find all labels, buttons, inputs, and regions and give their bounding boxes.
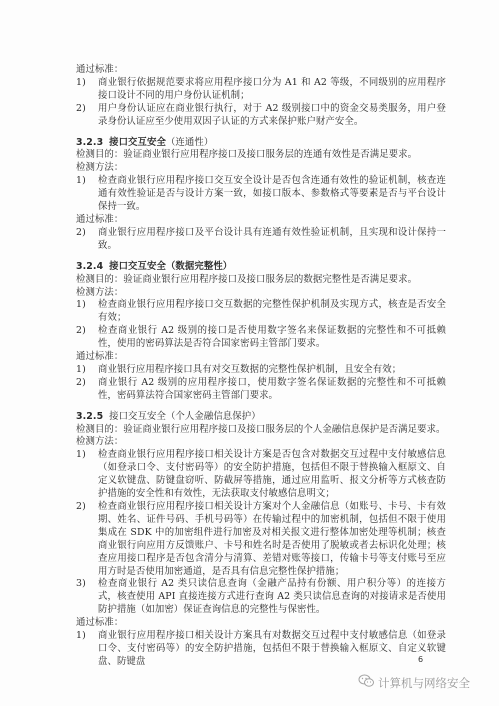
- criteria-label: 通过标准：: [76, 64, 446, 77]
- item-number: 2): [76, 377, 86, 390]
- method-label: 检测方法：: [76, 436, 446, 449]
- section-heading: 3.2.5 接口交互安全（个人金融信息保护）: [76, 411, 446, 424]
- purpose-text: 检测目的：验证商业银行应用程序接口及接口服务层的个人金融信息保护是否满足要求。: [76, 424, 446, 437]
- section-title-paren: （连通性）: [166, 137, 213, 148]
- section-heading: 3.2.4 接口交互安全（数据完整性）: [76, 261, 446, 274]
- item-text: 检查商业银行应用程序接口交互数据的完整性保护机制及实现方式，核查是否安全有效；: [98, 299, 446, 325]
- item-text: 检查商业银行 A2 级别的接口是否使用数字签名来保证数据的完整性和不可抵赖性，使…: [98, 325, 446, 351]
- document-page: 通过标准： 1) 商业银行依据规范要求将应用程序接口分为 A1 和 A2 等级，…: [0, 0, 499, 706]
- list-item: 1) 商业银行应用程序接口具有对交互数据的完整性保护机制，且安全有效；: [76, 364, 446, 377]
- item-text: 商业银行 A2 级别的应用程序接口，使用数字签名保证数据的完整性和不可抵赖性，密…: [98, 377, 446, 403]
- list-item: 1) 检查商业银行应用程序接口交互安全设计是否包含连通有效性的验证机制，核查连通…: [76, 175, 446, 214]
- item-number: 1): [76, 175, 86, 188]
- item-text: 检查商业银行应用程序接口相关设计方案是否包含对数据交互过程中支付敏感信息（如登录…: [98, 449, 446, 501]
- list-item: 2) 检查商业银行 A2 级别的接口是否使用数字签名来保证数据的完整性和不可抵赖…: [76, 325, 446, 351]
- list-item: 2) 检查商业银行应用程序接口相关设计方案对个人金融信息（如账号、卡号、卡有效期…: [76, 501, 446, 578]
- page-content: 通过标准： 1) 商业银行依据规范要求将应用程序接口分为 A1 和 A2 等级，…: [76, 64, 446, 669]
- watermark: 计算机与网络安全: [358, 674, 470, 691]
- section-number: 3.2.5: [76, 411, 106, 424]
- item-number: 2): [76, 325, 86, 338]
- item-number: 3): [76, 578, 86, 591]
- criteria-label: 通过标准：: [76, 617, 446, 630]
- item-text: 商业银行依据规范要求将应用程序接口分为 A1 和 A2 等级，不同级别的应用程序…: [98, 77, 446, 103]
- item-text: 用户身份认证应在商业银行执行，对于 A2 级别接口中的资金交易类服务，用户登录身…: [98, 103, 446, 129]
- list-item: 2) 商业银行应用程序接口及平台设计具有连通有效性验证机制，且实现和设计保持一致…: [76, 227, 446, 253]
- item-text: 商业银行应用程序接口具有对交互数据的完整性保护机制，且安全有效；: [98, 364, 446, 377]
- purpose-text: 检测目的：验证商业银行应用程序接口及接口服务层的连通有效性是否满足要求。: [76, 149, 446, 162]
- section-title: 接口交互安全（数据完整性）: [109, 261, 232, 272]
- section-number: 3.2.3: [76, 137, 106, 150]
- list-item: 1) 检查商业银行应用程序接口交互数据的完整性保护机制及实现方式，核查是否安全有…: [76, 299, 446, 325]
- section-title-paren: 接口交互安全（个人金融信息保护）: [109, 411, 261, 422]
- list-item: 2) 用户身份认证应在商业银行执行，对于 A2 级别接口中的资金交易类服务，用户…: [76, 103, 446, 129]
- item-number: 1): [76, 299, 86, 312]
- item-number: 2): [76, 501, 86, 514]
- item-number: 1): [76, 364, 86, 377]
- item-text: 检查商业银行应用程序接口交互安全设计是否包含连通有效性的验证机制，核查连通有效性…: [98, 175, 446, 214]
- item-text: 检查商业银行 A2 类只读信息查询（金融产品持有份额、用户积分等）的连接方式，核…: [98, 578, 446, 617]
- item-text: 商业银行应用程序接口及平台设计具有连通有效性验证机制，且实现和设计保持一致。: [98, 227, 446, 253]
- list-item: 3) 检查商业银行 A2 类只读信息查询（金融产品持有份额、用户积分等）的连接方…: [76, 578, 446, 617]
- item-number: 2): [76, 103, 86, 116]
- watermark-text: 计算机与网络安全: [378, 675, 470, 691]
- item-number: 2): [76, 227, 86, 240]
- list-item: 1) 检查商业银行应用程序接口相关设计方案是否包含对数据交互过程中支付敏感信息（…: [76, 449, 446, 501]
- list-item: 1) 商业银行依据规范要求将应用程序接口分为 A1 和 A2 等级，不同级别的应…: [76, 77, 446, 103]
- list-item: 2) 商业银行 A2 级别的应用程序接口，使用数字签名保证数据的完整性和不可抵赖…: [76, 377, 446, 403]
- section-title: 接口交互安全: [109, 137, 166, 148]
- list-item: 1) 商业银行应用程序接口相关设计方案具有对数据交互过程中支付敏感信息（如登录口…: [76, 630, 446, 669]
- method-label: 检测方法：: [76, 287, 446, 300]
- method-label: 检测方法：: [76, 162, 446, 175]
- criteria-label: 通过标准：: [76, 351, 446, 364]
- item-text: 检查商业银行应用程序接口相关设计方案对个人金融信息（如账号、卡号、卡有效期、姓名…: [98, 501, 446, 578]
- criteria-label: 通过标准：: [76, 214, 446, 227]
- item-number: 1): [76, 630, 86, 643]
- item-text: 商业银行应用程序接口相关设计方案具有对数据交互过程中支付敏感信息（如登录口令、支…: [98, 630, 446, 669]
- section-heading: 3.2.3 接口交互安全（连通性）: [76, 137, 446, 150]
- item-number: 1): [76, 77, 86, 90]
- purpose-text: 检测目的：验证商业银行应用程序接口及接口服务层的数据完整性是否满足要求。: [76, 274, 446, 287]
- page-number: 6: [418, 655, 423, 664]
- section-number: 3.2.4: [76, 261, 106, 274]
- item-number: 1): [76, 449, 86, 462]
- wechat-icon: [358, 674, 375, 691]
